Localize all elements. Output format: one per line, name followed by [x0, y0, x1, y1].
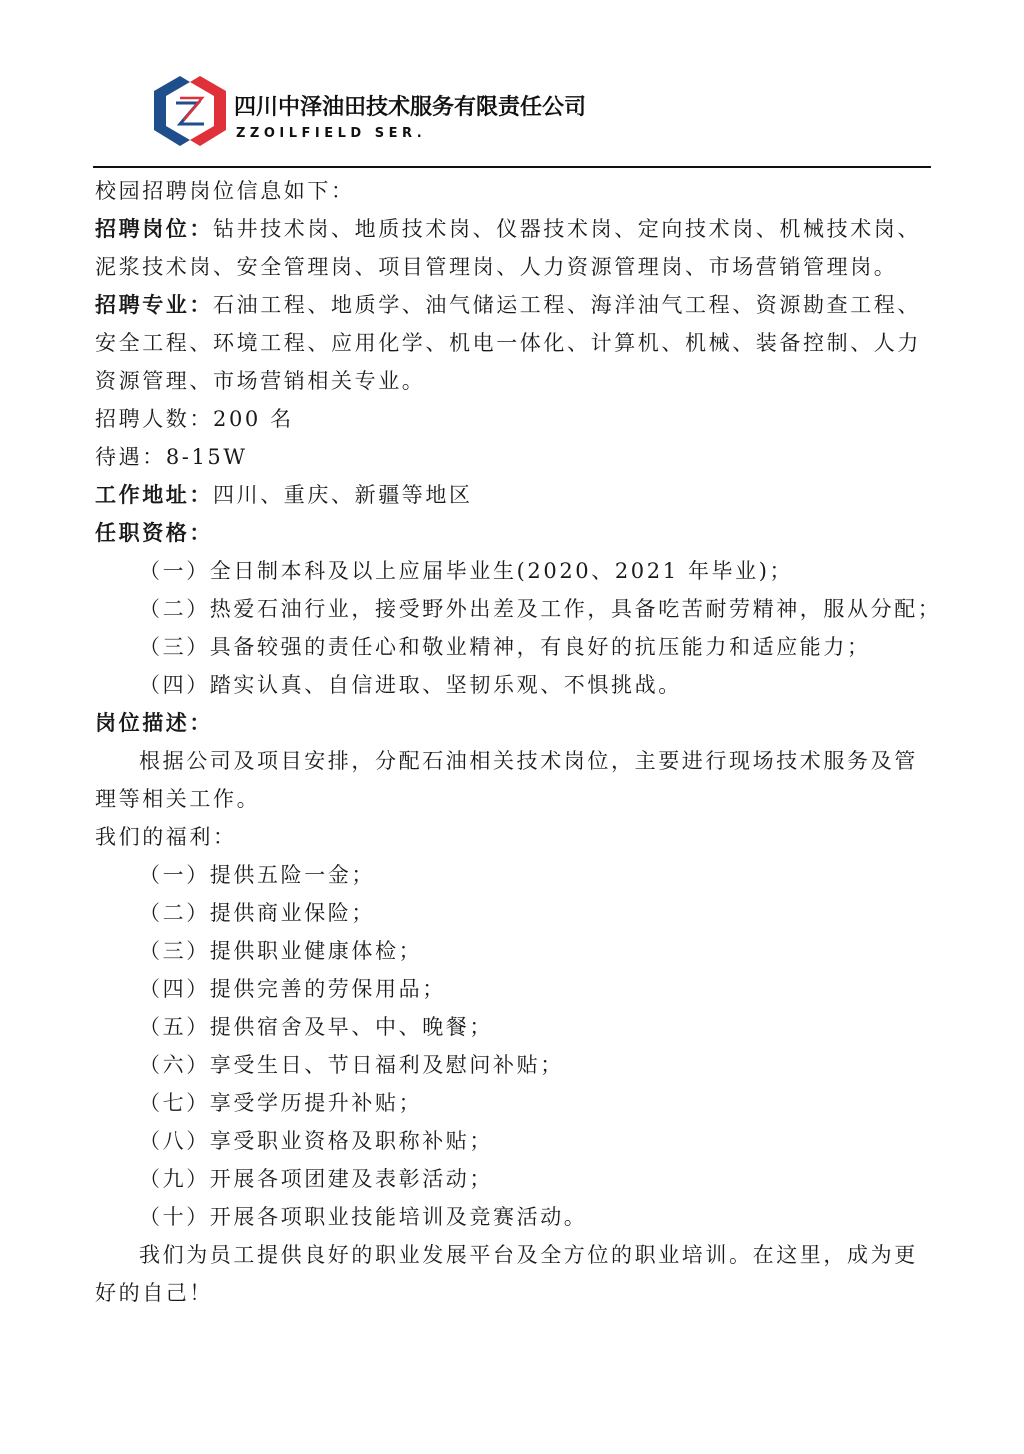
benefit-item: （五）提供宿舍及早、中、晚餐； — [95, 1008, 933, 1046]
closing-line-2: 好的自己！ — [95, 1274, 933, 1312]
benefit-item: （十）开展各项职业技能培训及竞赛活动。 — [95, 1198, 933, 1236]
qualification-item: （二）热爱石油行业，接受野外出差及工作，具备吃苦耐劳精神，服从分配； — [95, 590, 933, 628]
recruitment-content: 校园招聘岗位信息如下： 招聘岗位：钻井技术岗、地质技术岗、仪器技术岗、定向技术岗… — [95, 172, 933, 1312]
majors-line-1: 招聘专业：石油工程、地质学、油气储运工程、海洋油气工程、资源勘查工程、 — [95, 286, 933, 324]
location-line: 工作地址：四川、重庆、新疆等地区 — [95, 476, 933, 514]
description-line-1: 根据公司及项目安排，分配石油相关技术岗位，主要进行现场技术服务及管 — [95, 742, 933, 780]
benefit-item: （四）提供完善的劳保用品； — [95, 970, 933, 1008]
header-divider — [93, 166, 931, 168]
qualifications-heading: 任职资格： — [95, 514, 933, 552]
benefit-item: （七）享受学历提升补贴； — [95, 1084, 933, 1122]
benefit-item: （六）享受生日、节日福利及慰问补贴； — [95, 1046, 933, 1084]
positions-text-1: 钻井技术岗、地质技术岗、仪器技术岗、定向技术岗、机械技术岗、 — [213, 217, 921, 241]
qualification-item: （四）踏实认真、自信进取、坚韧乐观、不惧挑战。 — [95, 666, 933, 704]
majors-line-2: 安全工程、环境工程、应用化学、机电一体化、计算机、机械、装备控制、人力 — [95, 324, 933, 362]
benefit-item: （九）开展各项团建及表彰活动； — [95, 1160, 933, 1198]
qualification-item: （三）具备较强的责任心和敬业精神，有良好的抗压能力和适应能力； — [95, 628, 933, 666]
benefit-item: （二）提供商业保险； — [95, 894, 933, 932]
positions-line-1: 招聘岗位：钻井技术岗、地质技术岗、仪器技术岗、定向技术岗、机械技术岗、 — [95, 210, 933, 248]
description-heading: 岗位描述： — [95, 704, 933, 742]
letterhead: 四川中泽油田技术服务有限责任公司 ZZOILFIELD SER. — [150, 70, 850, 160]
majors-label: 招聘专业： — [95, 293, 213, 317]
company-name-en: ZZOILFIELD SER. — [236, 126, 426, 141]
majors-line-3: 资源管理、市场营销相关专业。 — [95, 362, 933, 400]
benefit-item: （八）享受职业资格及职称补贴； — [95, 1122, 933, 1160]
benefit-item: （三）提供职业健康体检； — [95, 932, 933, 970]
company-name-cn: 四川中泽油田技术服务有限责任公司 — [234, 90, 586, 121]
headcount-label: 招聘人数： — [95, 407, 213, 431]
intro-line: 校园招聘岗位信息如下： — [95, 172, 933, 210]
positions-label: 招聘岗位： — [95, 217, 213, 241]
description-line-2: 理等相关工作。 — [95, 780, 933, 818]
salary-value: 8-15W — [166, 445, 248, 469]
benefits-heading: 我们的福利： — [95, 818, 933, 856]
location-label: 工作地址： — [95, 483, 213, 507]
hexagon-zz-logo-icon — [150, 70, 230, 152]
majors-text-1: 石油工程、地质学、油气储运工程、海洋油气工程、资源勘查工程、 — [213, 293, 921, 317]
headcount-value: 200 名 — [213, 407, 294, 431]
headcount-line: 招聘人数：200 名 — [95, 400, 933, 438]
salary-line: 待遇：8-15W — [95, 438, 933, 476]
qualification-item: （一）全日制本科及以上应届毕业生(2020、2021 年毕业)； — [95, 552, 933, 590]
benefit-item: （一）提供五险一金； — [95, 856, 933, 894]
document-page: 四川中泽油田技术服务有限责任公司 ZZOILFIELD SER. 校园招聘岗位信… — [0, 0, 1024, 1454]
closing-line-1: 我们为员工提供良好的职业发展平台及全方位的职业培训。在这里，成为更 — [95, 1236, 933, 1274]
location-value: 四川、重庆、新疆等地区 — [213, 483, 473, 507]
salary-label: 待遇： — [95, 445, 166, 469]
positions-line-2: 泥浆技术岗、安全管理岗、项目管理岗、人力资源管理岗、市场营销管理岗。 — [95, 248, 933, 286]
